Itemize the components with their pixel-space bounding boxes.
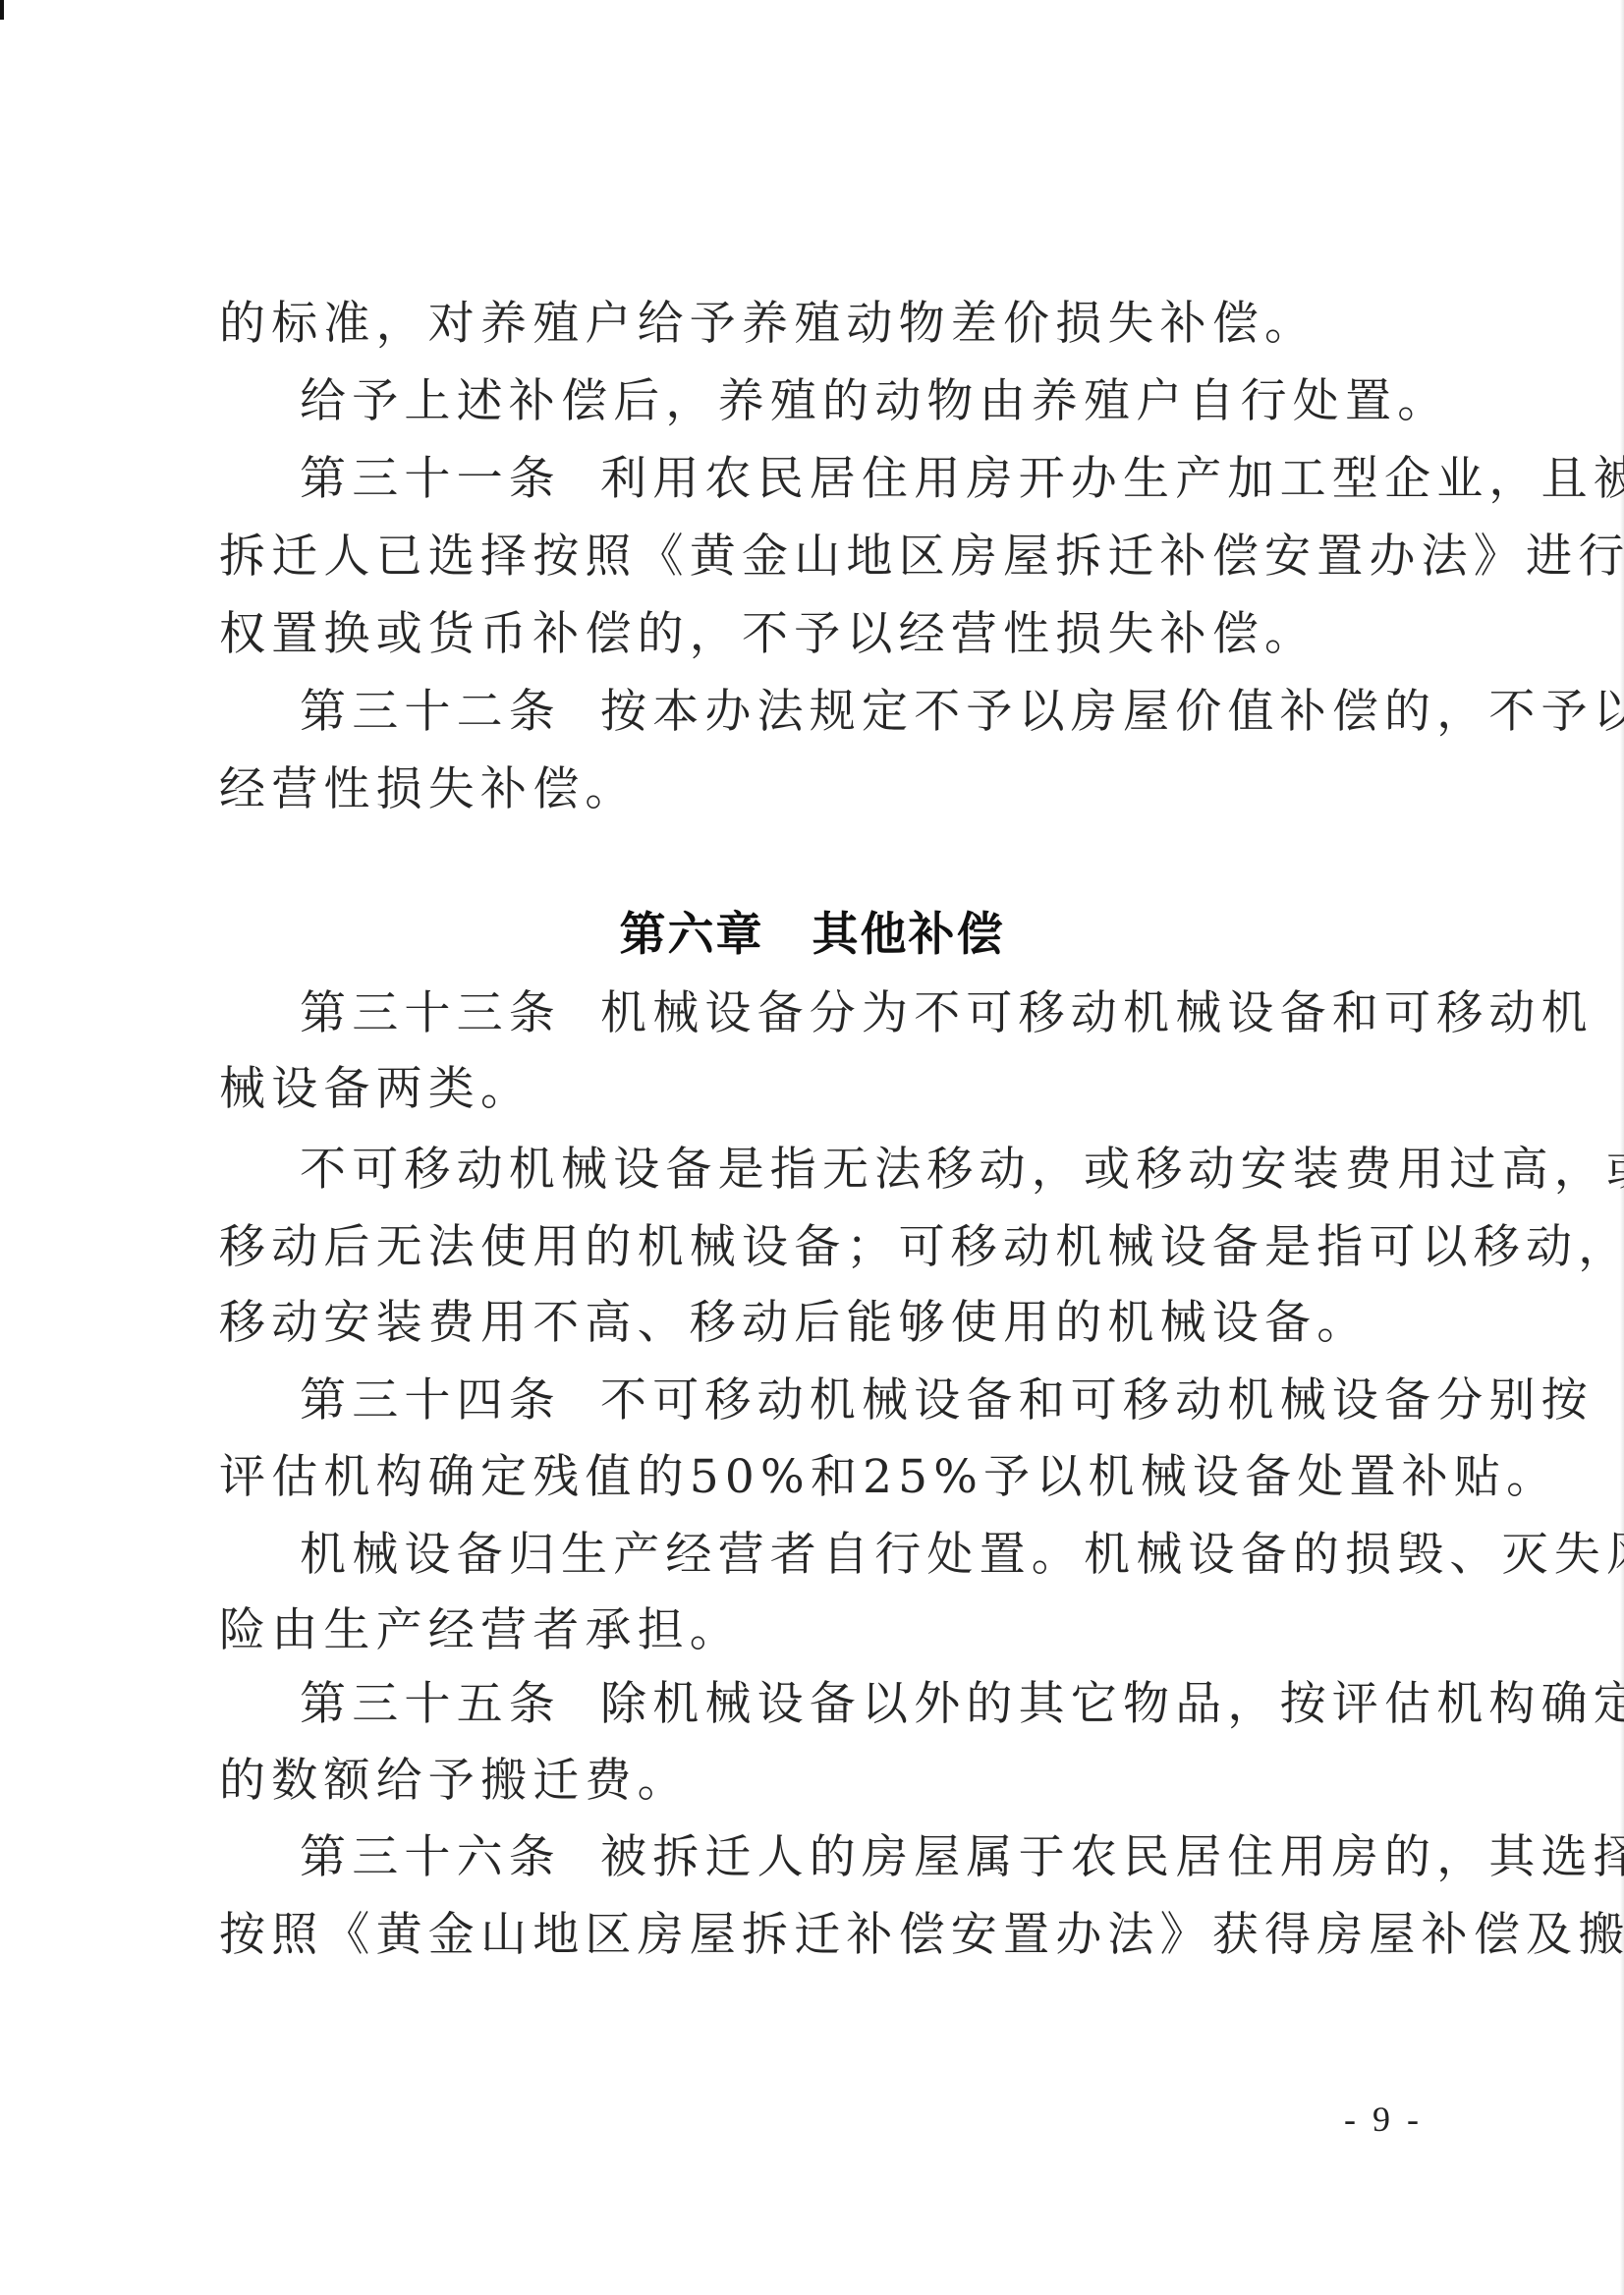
article-number: 第三十四条 — [300, 1373, 561, 1427]
page-number: - 9 - — [1344, 2098, 1423, 2141]
article-line: 第三十五条除机械设备以外的其它物品，按评估机构确定 — [300, 1675, 1518, 1734]
article-number: 第三十五条 — [300, 1677, 561, 1731]
text-line: 移动后无法使用的机械设备；可移动机械设备是指可以移动，且 — [219, 1218, 1437, 1277]
text-line: 移动安装费用不高、移动后能够使用的机械设备。 — [219, 1294, 1437, 1353]
article-number: 第三十三条 — [300, 986, 561, 1040]
line-text: 械设备两类。 — [219, 1062, 532, 1116]
document-page: 第六章 其他补偿 的标准，对养殖户给予养殖动物差价损失补偿。给予上述补偿后，养殖… — [0, 0, 1624, 2295]
text-line: 机械设备归生产经营者自行处置。机械设备的损毁、灭失风 — [300, 1526, 1518, 1585]
line-text: 机械设备归生产经营者自行处置。机械设备的损毁、灭失风 — [300, 1528, 1624, 1582]
article-line: 第三十一条利用农民居住用房开办生产加工型企业，且被 — [300, 450, 1518, 509]
article-line: 第三十六条被拆迁人的房屋属于农民居住用房的，其选择 — [300, 1828, 1518, 1887]
text-line: 械设备两类。 — [219, 1060, 1437, 1119]
text-line: 的标准，对养殖户给予养殖动物差价损失补偿。 — [219, 295, 1437, 354]
article-number: 第三十六条 — [300, 1830, 561, 1884]
line-text: 按本办法规定不予以房屋价值补偿的，不予以 — [600, 685, 1624, 739]
article-number: 第三十一条 — [300, 452, 561, 506]
line-text: 的标准，对养殖户给予养殖动物差价损失补偿。 — [219, 297, 1316, 351]
text-line: 的数额给予搬迁费。 — [219, 1752, 1437, 1811]
chapter-heading: 第六章 其他补偿 — [0, 906, 1624, 965]
article-number: 第三十二条 — [300, 685, 561, 739]
line-text: 机械设备分为不可移动机械设备和可移动机 — [600, 986, 1594, 1040]
line-text: 经营性损失补偿。 — [219, 762, 638, 816]
line-text: 不可移动机械设备和可移动机械设备分别按 — [600, 1373, 1594, 1427]
article-line: 第三十二条按本办法规定不予以房屋价值补偿的，不予以 — [300, 683, 1518, 742]
line-text: 按照《黄金山地区房屋拆迁补偿安置办法》获得房屋补偿及搬迁 — [219, 1908, 1624, 1962]
text-line: 经营性损失补偿。 — [219, 760, 1437, 819]
text-line: 权置换或货币补偿的，不予以经营性损失补偿。 — [219, 605, 1437, 664]
text-line: 不可移动机械设备是指无法移动，或移动安装费用过高，或 — [300, 1141, 1518, 1200]
line-text: 权置换或货币补偿的，不予以经营性损失补偿。 — [219, 607, 1316, 661]
line-text: 险由生产经营者承担。 — [219, 1603, 742, 1657]
line-text: 评估机构确定残值的50%和25%予以机械设备处置补贴。 — [219, 1450, 1558, 1504]
text-line: 拆迁人已选择按照《黄金山地区房屋拆迁补偿安置办法》进行产 — [219, 528, 1437, 587]
article-line: 第三十四条不可移动机械设备和可移动机械设备分别按 — [300, 1371, 1518, 1430]
line-text: 拆迁人已选择按照《黄金山地区房屋拆迁补偿安置办法》进行产 — [219, 530, 1624, 584]
line-text: 利用农民居住用房开办生产加工型企业，且被 — [600, 452, 1624, 506]
line-text: 的数额给予搬迁费。 — [219, 1754, 690, 1808]
text-line: 按照《黄金山地区房屋拆迁补偿安置办法》获得房屋补偿及搬迁 — [219, 1906, 1437, 1965]
line-text: 不可移动机械设备是指无法移动，或移动安装费用过高，或 — [300, 1143, 1624, 1197]
text-line: 险由生产经营者承担。 — [219, 1601, 1437, 1660]
line-text: 被拆迁人的房屋属于农民居住用房的，其选择 — [600, 1830, 1624, 1884]
text-line: 给予上述补偿后，养殖的动物由养殖户自行处置。 — [300, 372, 1518, 431]
line-text: 移动安装费用不高、移动后能够使用的机械设备。 — [219, 1296, 1369, 1350]
article-line: 第三十三条机械设备分为不可移动机械设备和可移动机 — [300, 984, 1518, 1043]
scan-mark — [0, 0, 4, 20]
line-text: 给予上述补偿后，养殖的动物由养殖户自行处置。 — [300, 374, 1449, 428]
text-line: 评估机构确定残值的50%和25%予以机械设备处置补贴。 — [219, 1448, 1437, 1507]
line-text: 除机械设备以外的其它物品，按评估机构确定 — [600, 1677, 1624, 1731]
line-text: 移动后无法使用的机械设备；可移动机械设备是指可以移动，且 — [219, 1220, 1624, 1274]
